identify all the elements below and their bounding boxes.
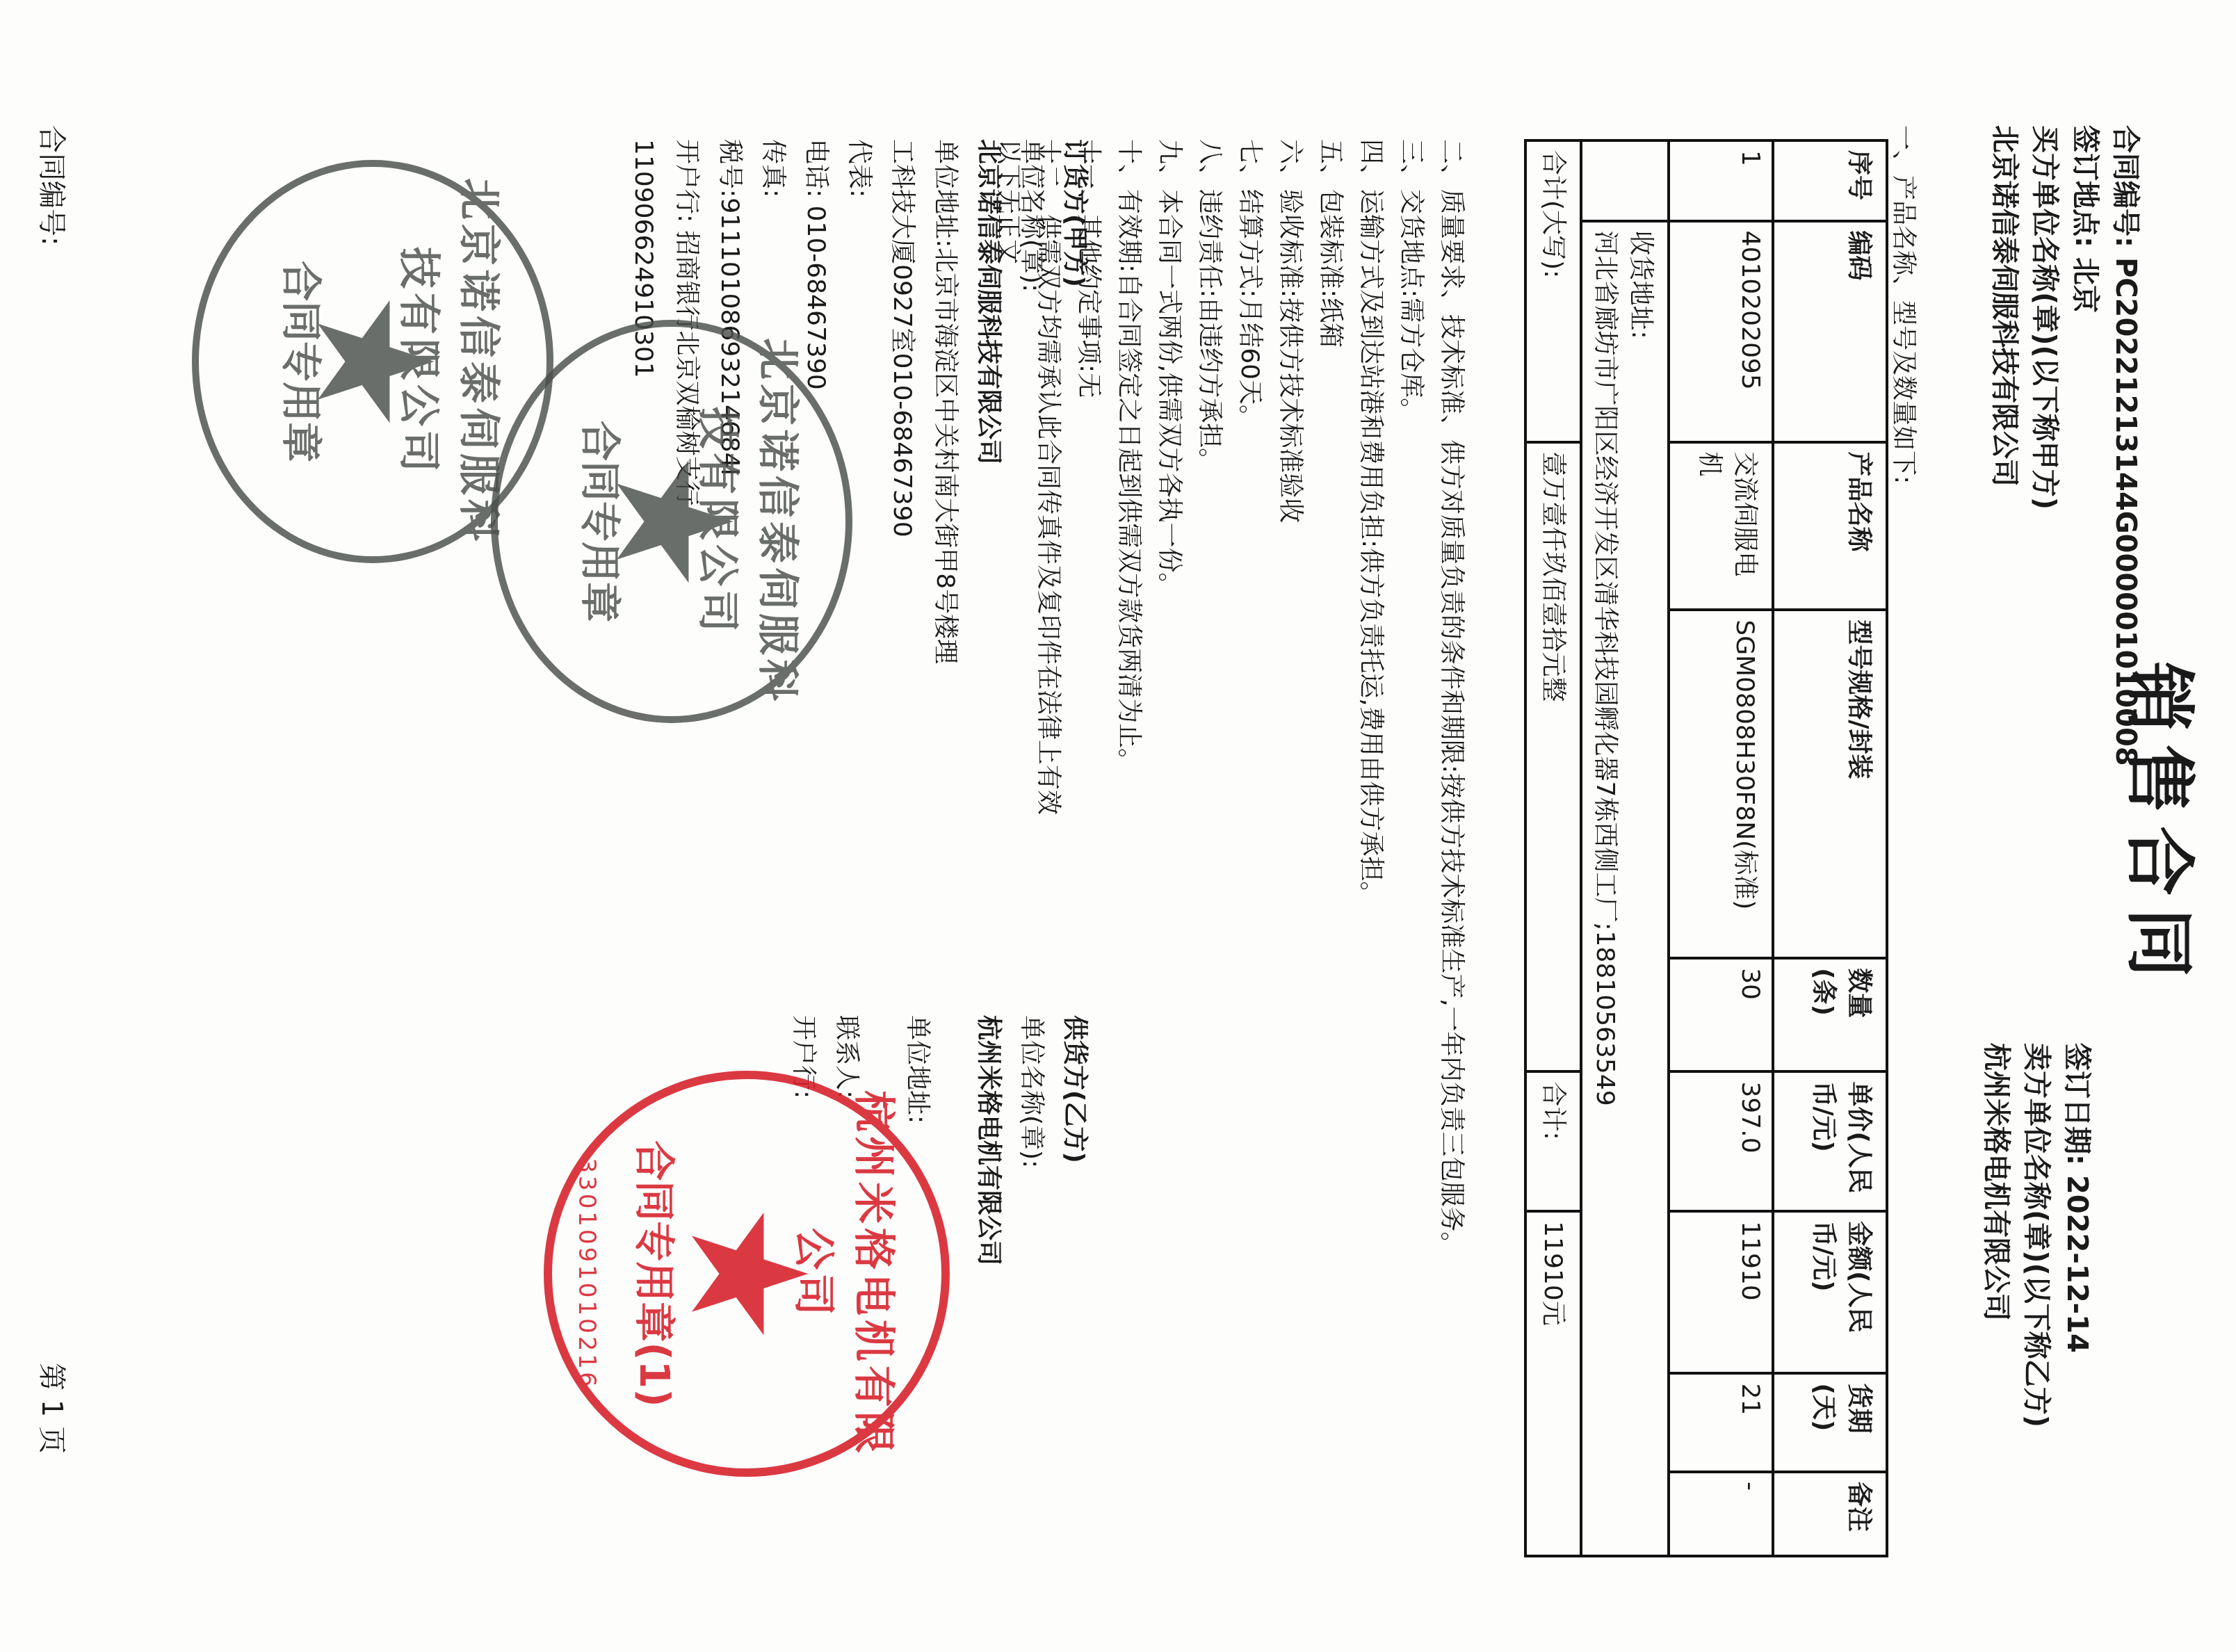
sign-place: 签订地点: 北京 — [2065, 125, 2105, 766]
buyer-name: 北京诺信泰伺服科技有限公司 — [1984, 125, 2025, 766]
sign-date: 签订日期: 2022-12-14 — [2057, 1043, 2097, 1427]
col-qty: 数量(条) — [1773, 958, 1887, 1071]
seller-company: 杭州米格电机有限公司 — [966, 1015, 1010, 1544]
col-code: 编码 — [1773, 221, 1887, 442]
seller-label: 卖方单位名称(章)(以下称乙方) — [2016, 1043, 2057, 1427]
page-number: 第 1 页 — [34, 1363, 74, 1454]
cell-seq: 1 — [1669, 140, 1773, 221]
total-row: 合计(大写): 壹万壹仟玖佰壹拾元整 合计: 11910元 — [1525, 140, 1581, 1556]
col-lead-time: 货期(天) — [1773, 1373, 1887, 1471]
total-value: 11910元 — [1525, 1211, 1581, 1556]
col-remark: 备注 — [1773, 1472, 1887, 1556]
clause: 九、本合同一式两份,供需双方各执一份。 — [1149, 139, 1189, 1257]
buyer-label: 买方单位名称(章)(以下称甲方) — [2025, 125, 2065, 766]
products-intro: 一、产品名称、型号及数量如下: — [1888, 125, 1923, 484]
shipping-row: 收货地址: 河北省廊坊市广阳区经济开发区清华科技园孵化器7栋西侧工厂;18810… — [1581, 140, 1669, 1556]
buyer-address: 单位地址:北京市海淀区中关村南大街甲8号楼理工科技大厦0927室010-6846… — [880, 139, 966, 667]
buyer-heading: 订货方(甲方) — [1053, 139, 1096, 667]
footer-contract-no: 合同编号: — [34, 125, 74, 245]
cell-lead-time: 21 — [1669, 1373, 1773, 1471]
total-words-label: 合计(大写): — [1525, 140, 1581, 442]
cell-unit-price: 397.0 — [1669, 1071, 1773, 1211]
cell-spec: SGM0808H30F8N(标准) — [1669, 610, 1773, 958]
table-row: 1 4010202095 交流伺服电机 SGM0808H30F8N(标准) 30… — [1669, 140, 1773, 1556]
shipping-address-cell: 收货地址: 河北省廊坊市广阳区经济开发区清华科技园孵化器7栋西侧工厂;18810… — [1581, 221, 1669, 1556]
header-right: 签订日期: 2022-12-14 卖方单位名称(章)(以下称乙方) 杭州米格电机… — [1976, 1043, 2097, 1427]
table-header-row: 序号 编码 产品名称 型号规格/封装 数量(条) 单价(人民币/元) 金额(人民… — [1773, 140, 1887, 1556]
seller-stamp: 杭州米格电机有限公司 ★ 合同专用章(1) 3301091010216 — [544, 1071, 950, 1477]
cell-code: 4010202095 — [1669, 221, 1773, 442]
clause: 六、验收标准:按供方技术标准验收 — [1270, 139, 1310, 1257]
total-label: 合计: — [1525, 1071, 1581, 1211]
seller-name: 杭州米格电机有限公司 — [1976, 1043, 2016, 1427]
cell-amount: 11910 — [1669, 1211, 1773, 1373]
clause: 七、结算方式:月结60天。 — [1229, 139, 1270, 1257]
cell-remark: - — [1669, 1472, 1773, 1556]
clause: 五、包装标准:纸箱 — [1310, 139, 1350, 1257]
col-product-name: 产品名称 — [1773, 442, 1887, 610]
clause: 三、交货地点:需方仓库。 — [1391, 139, 1431, 1257]
clause: 十、有效期:自合同签定之日起到供需双方款货两清为止。 — [1108, 139, 1149, 1257]
shipping-address: 河北省廊坊市广阳区经济开发区清华科技园孵化器7栋西侧工厂;18810563549 — [1589, 231, 1625, 1546]
buyer-stamp-bottom: 北京诺信泰伺服科技有限公司 ★ 合同专用章 — [491, 320, 852, 723]
contract-number: 合同编号: PC20221213144G000001010008 — [2105, 125, 2146, 766]
buyer-rep: 代表: — [837, 139, 880, 667]
contract-page: 销售合同 合同编号: PC20221213144G000001010008 签订… — [0, 0, 2236, 1652]
header-left: 合同编号: PC20221213144G000001010008 签订地点: 北… — [1984, 125, 2146, 766]
clause: 四、运输方式及到达站港和费用负担:供方负责托运,费用由供方承担。 — [1350, 139, 1391, 1257]
col-unit-price: 单价(人民币/元) — [1773, 1071, 1887, 1211]
shipping-label: 收货地址: — [1625, 231, 1660, 1546]
buyer-name-label: 单位名称(章): — [1010, 139, 1053, 667]
products-table: 序号 编码 产品名称 型号规格/封装 数量(条) 单价(人民币/元) 金额(人民… — [1524, 139, 1888, 1557]
col-amount: 金额(人民币/元) — [1773, 1211, 1887, 1373]
seller-heading: 供货方(乙方) — [1053, 1015, 1096, 1544]
col-spec: 型号规格/封装 — [1773, 610, 1887, 958]
buyer-company: 北京诺信泰伺服科技有限公司 — [966, 139, 1010, 667]
cell-qty: 30 — [1669, 958, 1773, 1071]
clause: 八、违约责任:由违约方承担。 — [1189, 139, 1229, 1257]
seller-name-label: 单位名称(章): — [1010, 1015, 1053, 1544]
total-words: 壹万壹仟玖佰壹拾元整 — [1525, 442, 1581, 1072]
cell-product-name: 交流伺服电机 — [1669, 442, 1773, 610]
col-seq: 序号 — [1773, 140, 1887, 221]
clause: 二、质量要求、技术标准、供方对质量负责的条件和期限:按供方技术标准生产,一年内负… — [1431, 139, 1471, 1257]
